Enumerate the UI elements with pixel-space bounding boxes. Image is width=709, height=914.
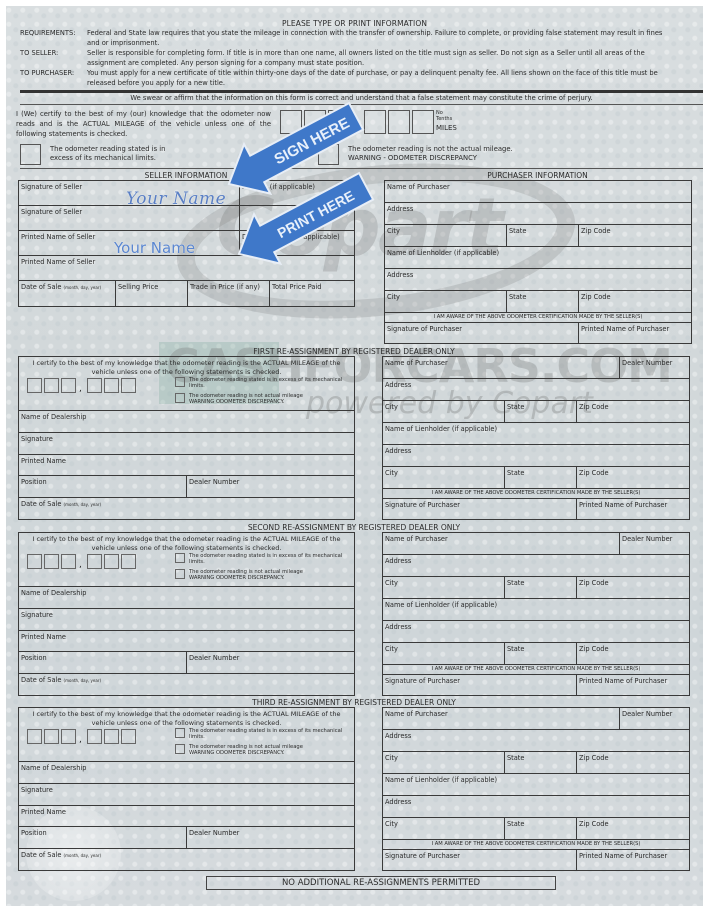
purchaser-signature-field[interactable]: Signature of Purchaser: [385, 323, 579, 344]
dealer-position-field[interactable]: Position: [19, 652, 187, 674]
hint: (month, day, year): [64, 678, 101, 683]
purchaser-city-field[interactable]: City: [385, 225, 507, 247]
purchaser-printed-name-field[interactable]: Printed Name of Purchaser: [577, 499, 690, 520]
lienholder-zip-field[interactable]: Zip Code: [579, 291, 692, 313]
label: Printed Name of Seller: [21, 258, 95, 266]
odometer-awareness-statement: I AM AWARE OF THE ABOVE ODOMETER CERTIFI…: [383, 665, 690, 675]
label: Zip Code: [579, 754, 609, 762]
odometer-digit[interactable]: [27, 729, 42, 744]
purchaser-signature-field[interactable]: Signature of Purchaser: [383, 675, 577, 696]
label: Name of Lienholder (if applicable): [385, 601, 497, 609]
label: Signature of Purchaser: [385, 501, 460, 509]
not-actual-text: The odometer reading is not the actual m…: [348, 145, 648, 154]
label: Position: [21, 654, 47, 662]
label: Date of Sale: [21, 500, 61, 508]
odometer-digit[interactable]: [104, 378, 119, 393]
purchaser-dealer-number-field[interactable]: Dealer Number: [620, 708, 690, 730]
dealer-date-of-sale-field[interactable]: Date of Sale (month, day, year): [19, 674, 355, 696]
label: Printed Name of Seller: [21, 233, 95, 241]
label: Name of Purchaser: [387, 183, 450, 191]
reassignment-dealer-table: I certify to the best of my knowledge th…: [18, 356, 355, 520]
purchaser-printed-name-field[interactable]: Printed Name of Purchaser: [577, 675, 690, 696]
reassignment-title: THIRD RE-ASSIGNMENT BY REGISTERED DEALER…: [18, 698, 690, 707]
hint: (month, day, year): [64, 853, 101, 858]
odometer-digit[interactable]: [388, 110, 410, 134]
label: Address: [385, 447, 411, 455]
label: Printed Name: [21, 633, 66, 641]
label: Printed Name of Purchaser: [579, 852, 667, 860]
odometer-digit[interactable]: [87, 378, 102, 393]
dealer-signature-field[interactable]: Signature: [19, 609, 355, 631]
odometer-digit[interactable]: [87, 729, 102, 744]
purchaser-name-field[interactable]: Name of Purchaser: [383, 357, 620, 379]
purchaser-signature-field[interactable]: Signature of Purchaser: [383, 499, 577, 520]
warning-text: WARNING ODOMETER DISCREPANCY.: [189, 575, 349, 581]
print-here-arrow-icon: PRINT HERE: [221, 158, 381, 268]
not-actual-mileage-label: The odometer reading is not actual milea…: [189, 393, 349, 405]
label: State: [507, 469, 524, 477]
excess-mechanical-label: The odometer reading stated is in excess…: [189, 377, 349, 389]
label: State: [507, 754, 524, 762]
dealer-position-field[interactable]: Position: [19, 476, 187, 498]
label: City: [387, 293, 400, 301]
not-actual-mileage-checkbox[interactable]: [175, 393, 185, 403]
label: Address: [385, 732, 411, 740]
odometer-cert-cell: I certify to the best of my knowledge th…: [19, 357, 355, 411]
dealer-number-field[interactable]: Dealer Number: [187, 476, 355, 498]
label: Zip Code: [579, 403, 609, 411]
label: Zip Code: [579, 469, 609, 477]
dealer-printed-name-field[interactable]: Printed Name: [19, 455, 355, 476]
purchaser-printed-name-field[interactable]: Printed Name of Purchaser: [577, 850, 690, 871]
to-purchaser-label: TO PURCHASER:: [20, 69, 87, 88]
trade-in-price-field[interactable]: Trade in Price (if any): [188, 281, 270, 307]
lienholder-city-field[interactable]: City: [385, 291, 507, 313]
not-actual-mileage-checkbox[interactable]: [175, 744, 185, 754]
lienholder-city-field[interactable]: City: [383, 467, 505, 489]
seller-signature-2-field[interactable]: Signature of Seller: [19, 206, 240, 231]
purchaser-printed-name-field[interactable]: Printed Name of Purchaser: [579, 323, 692, 344]
label: Signature of Seller: [21, 183, 82, 191]
purchaser-dealer-number-field[interactable]: Dealer Number: [620, 533, 690, 555]
lienholder-zip-field[interactable]: Zip Code: [577, 818, 690, 840]
warning-text: WARNING ODOMETER DISCREPANCY.: [189, 750, 349, 756]
requirements-label: REQUIREMENTS:: [20, 29, 87, 48]
label: State: [507, 820, 524, 828]
hint: (month, day, year): [64, 285, 101, 290]
purchaser-state-field[interactable]: State: [505, 401, 577, 423]
label: Printed Name of Purchaser: [581, 325, 669, 333]
dealer-date-of-sale-field[interactable]: Date of Sale (month, day, year): [19, 849, 355, 871]
lienholder-state-field[interactable]: State: [505, 643, 577, 665]
label: Date of Sale: [21, 851, 61, 859]
statement-text: The odometer reading stated is in excess…: [189, 553, 349, 565]
odometer-awareness-statement: I AM AWARE OF THE ABOVE ODOMETER CERTIFI…: [383, 489, 690, 499]
purchaser-state-field[interactable]: State: [505, 577, 577, 599]
odometer-digit[interactable]: [61, 554, 76, 569]
title-form-page: Copart CASHFORCARS.COM powered by Copart…: [6, 6, 703, 906]
label: Name of Lienholder (if applicable): [385, 776, 497, 784]
dealership-name-field[interactable]: Name of Dealership: [19, 762, 355, 784]
odometer-cert-cell: I certify to the best of my knowledge th…: [19, 708, 355, 762]
label: Dealer Number: [189, 654, 239, 662]
lienholder-state-field[interactable]: State: [505, 467, 577, 489]
label: Signature of Purchaser: [387, 325, 462, 333]
reassignment-title: SECOND RE-ASSIGNMENT BY REGISTERED DEALE…: [18, 523, 690, 532]
dealer-date-of-sale-field[interactable]: Date of Sale (month, day, year): [19, 498, 355, 520]
odometer-comma: ,: [79, 560, 82, 570]
lienholder-state-field[interactable]: State: [505, 818, 577, 840]
reassignment-certify-text: I certify to the best of my knowledge th…: [21, 359, 352, 377]
excess-mechanical-checkbox[interactable]: [175, 377, 185, 387]
purchaser-section-title: PURCHASER INFORMATION: [384, 171, 691, 180]
no-tenths-label: No Tenths: [436, 110, 458, 122]
label: Name of Dealership: [21, 589, 86, 597]
label: Name of Dealership: [21, 764, 86, 772]
odometer-digit[interactable]: [61, 729, 76, 744]
to-seller-row: TO SELLER: Seller is responsible for com…: [20, 49, 667, 68]
label: Dealer Number: [622, 359, 672, 367]
lienholder-name-field[interactable]: Name of Lienholder (if applicable): [383, 423, 690, 445]
dealer-printed-name-field[interactable]: Printed Name: [19, 806, 355, 827]
excess-mechanical-checkbox[interactable]: [175, 553, 185, 563]
odometer-digit[interactable]: [412, 110, 434, 134]
label: Dealer Number: [189, 829, 239, 837]
label: Signature: [21, 786, 53, 794]
purchaser-zip-field[interactable]: Zip Code: [577, 752, 690, 774]
label: Printed Name: [21, 457, 66, 465]
reassignment-certify-text: I certify to the best of my knowledge th…: [21, 710, 352, 728]
lienholder-address-field[interactable]: Address: [383, 796, 690, 818]
purchaser-signature-field[interactable]: Signature of Purchaser: [383, 850, 577, 871]
purchaser-table: Name of Purchaser Address City State Zip…: [384, 180, 692, 344]
lienholder-address-field[interactable]: Address: [383, 621, 690, 643]
purchaser-city-field[interactable]: City: [383, 401, 505, 423]
label: Address: [385, 798, 411, 806]
form-title: PLEASE TYPE OR PRINT INFORMATION: [6, 19, 703, 28]
excess-mechanical-label: The odometer reading stated is in excess…: [189, 728, 349, 740]
odometer-cert-cell: I certify to the best of my knowledge th…: [19, 533, 355, 587]
lienholder-name-field[interactable]: Name of Lienholder (if applicable): [383, 599, 690, 621]
purchaser-address-field[interactable]: Address: [383, 555, 690, 577]
lienholder-address-field[interactable]: Address: [385, 269, 692, 291]
lienholder-name-field[interactable]: Name of Lienholder (if applicable): [385, 247, 692, 269]
label: Address: [387, 205, 413, 213]
label: Address: [385, 557, 411, 565]
label: Dealer Number: [189, 478, 239, 486]
label: City: [385, 403, 398, 411]
lienholder-zip-field[interactable]: Zip Code: [577, 643, 690, 665]
label: City: [385, 645, 398, 653]
label: State: [509, 293, 526, 301]
to-purchaser-text: You must apply for a new certificate of …: [87, 69, 667, 88]
dealership-name-field[interactable]: Name of Dealership: [19, 411, 355, 433]
label: Printed Name of Purchaser: [579, 501, 667, 509]
label: State: [507, 403, 524, 411]
odometer-digit[interactable]: [27, 554, 42, 569]
label: Date of Sale: [21, 676, 61, 684]
requirements-text: Federal and State law requires that you …: [87, 29, 667, 48]
lienholder-name-field[interactable]: Name of Lienholder (if applicable): [383, 774, 690, 796]
reassignment-purchaser-table: Name of Purchaser Dealer Number Address …: [382, 707, 690, 871]
odometer-comma: ,: [79, 735, 82, 745]
not-actual-mileage-checkbox[interactable]: [175, 569, 185, 579]
to-seller-label: TO SELLER:: [20, 49, 87, 68]
reassignment-dealer-table: I certify to the best of my knowledge th…: [18, 532, 355, 696]
odometer-digit[interactable]: [44, 554, 59, 569]
to-seller-text: Seller is responsible for completing for…: [87, 49, 667, 68]
odometer-digit[interactable]: [104, 554, 119, 569]
label: Address: [387, 271, 413, 279]
selling-price-field[interactable]: Selling Price: [116, 281, 188, 307]
label: City: [385, 469, 398, 477]
label: Zip Code: [581, 227, 611, 235]
label: Position: [21, 478, 47, 486]
dealership-name-field[interactable]: Name of Dealership: [19, 587, 355, 609]
dealer-signature-field[interactable]: Signature: [19, 784, 355, 806]
purchaser-name-field[interactable]: Name of Purchaser: [383, 708, 620, 730]
label: City: [385, 579, 398, 587]
purchaser-state-field[interactable]: State: [507, 225, 579, 247]
miles-label: MILES: [436, 124, 457, 132]
excess-mechanical-label: The odometer reading stated is in excess…: [189, 553, 349, 565]
label: Name of Dealership: [21, 413, 86, 421]
label: Signature of Seller: [21, 208, 82, 216]
label: Name of Purchaser: [385, 359, 448, 367]
odometer-digit[interactable]: [104, 729, 119, 744]
label: Zip Code: [579, 645, 609, 653]
not-actual-mileage-label: The odometer reading is not actual milea…: [189, 569, 349, 581]
label: Name of Lienholder (if applicable): [385, 425, 497, 433]
excess-mechanical-checkbox[interactable]: [175, 728, 185, 738]
purchaser-city-field[interactable]: City: [383, 752, 505, 774]
label: Printed Name: [21, 808, 66, 816]
reassignment-dealer-table: I certify to the best of my knowledge th…: [18, 707, 355, 871]
label: Dealer Number: [622, 535, 672, 543]
odometer-digit[interactable]: [121, 729, 136, 744]
excess-mechanical-label: The odometer reading stated is in excess…: [50, 145, 190, 163]
warning-text: WARNING - ODOMETER DISCREPANCY: [348, 154, 648, 163]
label: Name of Lienholder (if applicable): [387, 249, 499, 257]
odometer-awareness-statement: I AM AWARE OF THE ABOVE ODOMETER CERTIFI…: [385, 313, 692, 323]
lienholder-zip-field[interactable]: Zip Code: [577, 467, 690, 489]
odometer-comma: ,: [79, 384, 82, 394]
not-actual-mileage-label: The odometer reading is not actual milea…: [189, 744, 349, 756]
lienholder-city-field[interactable]: City: [383, 643, 505, 665]
label: Address: [385, 381, 411, 389]
requirements-row: REQUIREMENTS: Federal and State law requ…: [20, 29, 667, 48]
label: Trade in Price (if any): [190, 283, 260, 291]
label: Address: [385, 623, 411, 631]
statement-text: The odometer reading stated is in excess…: [189, 377, 349, 389]
label: Signature of Purchaser: [385, 852, 460, 860]
label: Zip Code: [579, 820, 609, 828]
odometer-awareness-statement: I AM AWARE OF THE ABOVE ODOMETER CERTIFI…: [383, 840, 690, 850]
dealer-number-field[interactable]: Dealer Number: [187, 652, 355, 674]
label: State: [507, 645, 524, 653]
label: Zip Code: [579, 579, 609, 587]
not-actual-mileage-label: The odometer reading is not the actual m…: [348, 145, 648, 163]
label: Name of Purchaser: [385, 535, 448, 543]
dealer-position-field[interactable]: Position: [19, 827, 187, 849]
purchaser-address-field[interactable]: Address: [383, 730, 690, 752]
purchaser-name-field[interactable]: Name of Purchaser: [383, 533, 620, 555]
odometer-digit[interactable]: [61, 378, 76, 393]
label: City: [387, 227, 400, 235]
purchaser-zip-field[interactable]: Zip Code: [579, 225, 692, 247]
purchaser-city-field[interactable]: City: [383, 577, 505, 599]
seller-printed-name-value: Your Name: [114, 239, 195, 257]
purchaser-name-field[interactable]: Name of Purchaser: [385, 181, 692, 203]
purchaser-zip-field[interactable]: Zip Code: [577, 577, 690, 599]
dealer-printed-name-field[interactable]: Printed Name: [19, 631, 355, 652]
reassignment-purchaser-table: Name of Purchaser Dealer Number Address …: [382, 356, 690, 520]
label: Signature: [21, 611, 53, 619]
purchaser-dealer-number-field[interactable]: Dealer Number: [620, 357, 690, 379]
label: Name of Purchaser: [385, 710, 448, 718]
reassignment-purchaser-table: Name of Purchaser Dealer Number Address …: [382, 532, 690, 696]
to-purchaser-row: TO PURCHASER: You must apply for a new c…: [20, 69, 667, 88]
lienholder-city-field[interactable]: City: [383, 818, 505, 840]
total-price-field[interactable]: Total Price Paid: [270, 281, 355, 307]
label: Total Price Paid: [272, 283, 321, 291]
warning-text: WARNING ODOMETER DISCREPANCY.: [189, 399, 349, 405]
dealer-number-field[interactable]: Dealer Number: [187, 827, 355, 849]
reassignment-certify-text: I certify to the best of my knowledge th…: [21, 535, 352, 553]
purchaser-state-field[interactable]: State: [505, 752, 577, 774]
lienholder-state-field[interactable]: State: [507, 291, 579, 313]
statement-text: The odometer reading stated is in excess…: [189, 728, 349, 740]
odometer-digit[interactable]: [121, 378, 136, 393]
no-additional-reassignments: NO ADDITIONAL RE-ASSIGNMENTS PERMITTED: [206, 876, 556, 890]
label: Date of Sale: [21, 283, 61, 291]
lienholder-address-field[interactable]: Address: [383, 445, 690, 467]
odometer-digit[interactable]: [121, 554, 136, 569]
reassignment-title: FIRST RE-ASSIGNMENT BY REGISTERED DEALER…: [18, 347, 690, 356]
label: City: [385, 820, 398, 828]
dealer-signature-field[interactable]: Signature: [19, 433, 355, 455]
purchaser-address-field[interactable]: Address: [385, 203, 692, 225]
label: Selling Price: [118, 283, 158, 291]
label: Printed Name of Purchaser: [579, 677, 667, 685]
odometer-digit[interactable]: [44, 378, 59, 393]
seller-date-of-sale-field[interactable]: Date of Sale (month, day, year): [19, 281, 116, 307]
label: Zip Code: [581, 293, 611, 301]
excess-mechanical-checkbox[interactable]: [20, 144, 41, 165]
hint: (month, day, year): [64, 502, 101, 507]
label: City: [385, 754, 398, 762]
label: Position: [21, 829, 47, 837]
purchaser-zip-field[interactable]: Zip Code: [577, 401, 690, 423]
odometer-digit[interactable]: [87, 554, 102, 569]
odometer-digit[interactable]: [27, 378, 42, 393]
label: Dealer Number: [622, 710, 672, 718]
purchaser-address-field[interactable]: Address: [383, 379, 690, 401]
odometer-digit[interactable]: [44, 729, 59, 744]
label: Signature: [21, 435, 53, 443]
label: State: [509, 227, 526, 235]
label: Signature of Purchaser: [385, 677, 460, 685]
label: State: [507, 579, 524, 587]
